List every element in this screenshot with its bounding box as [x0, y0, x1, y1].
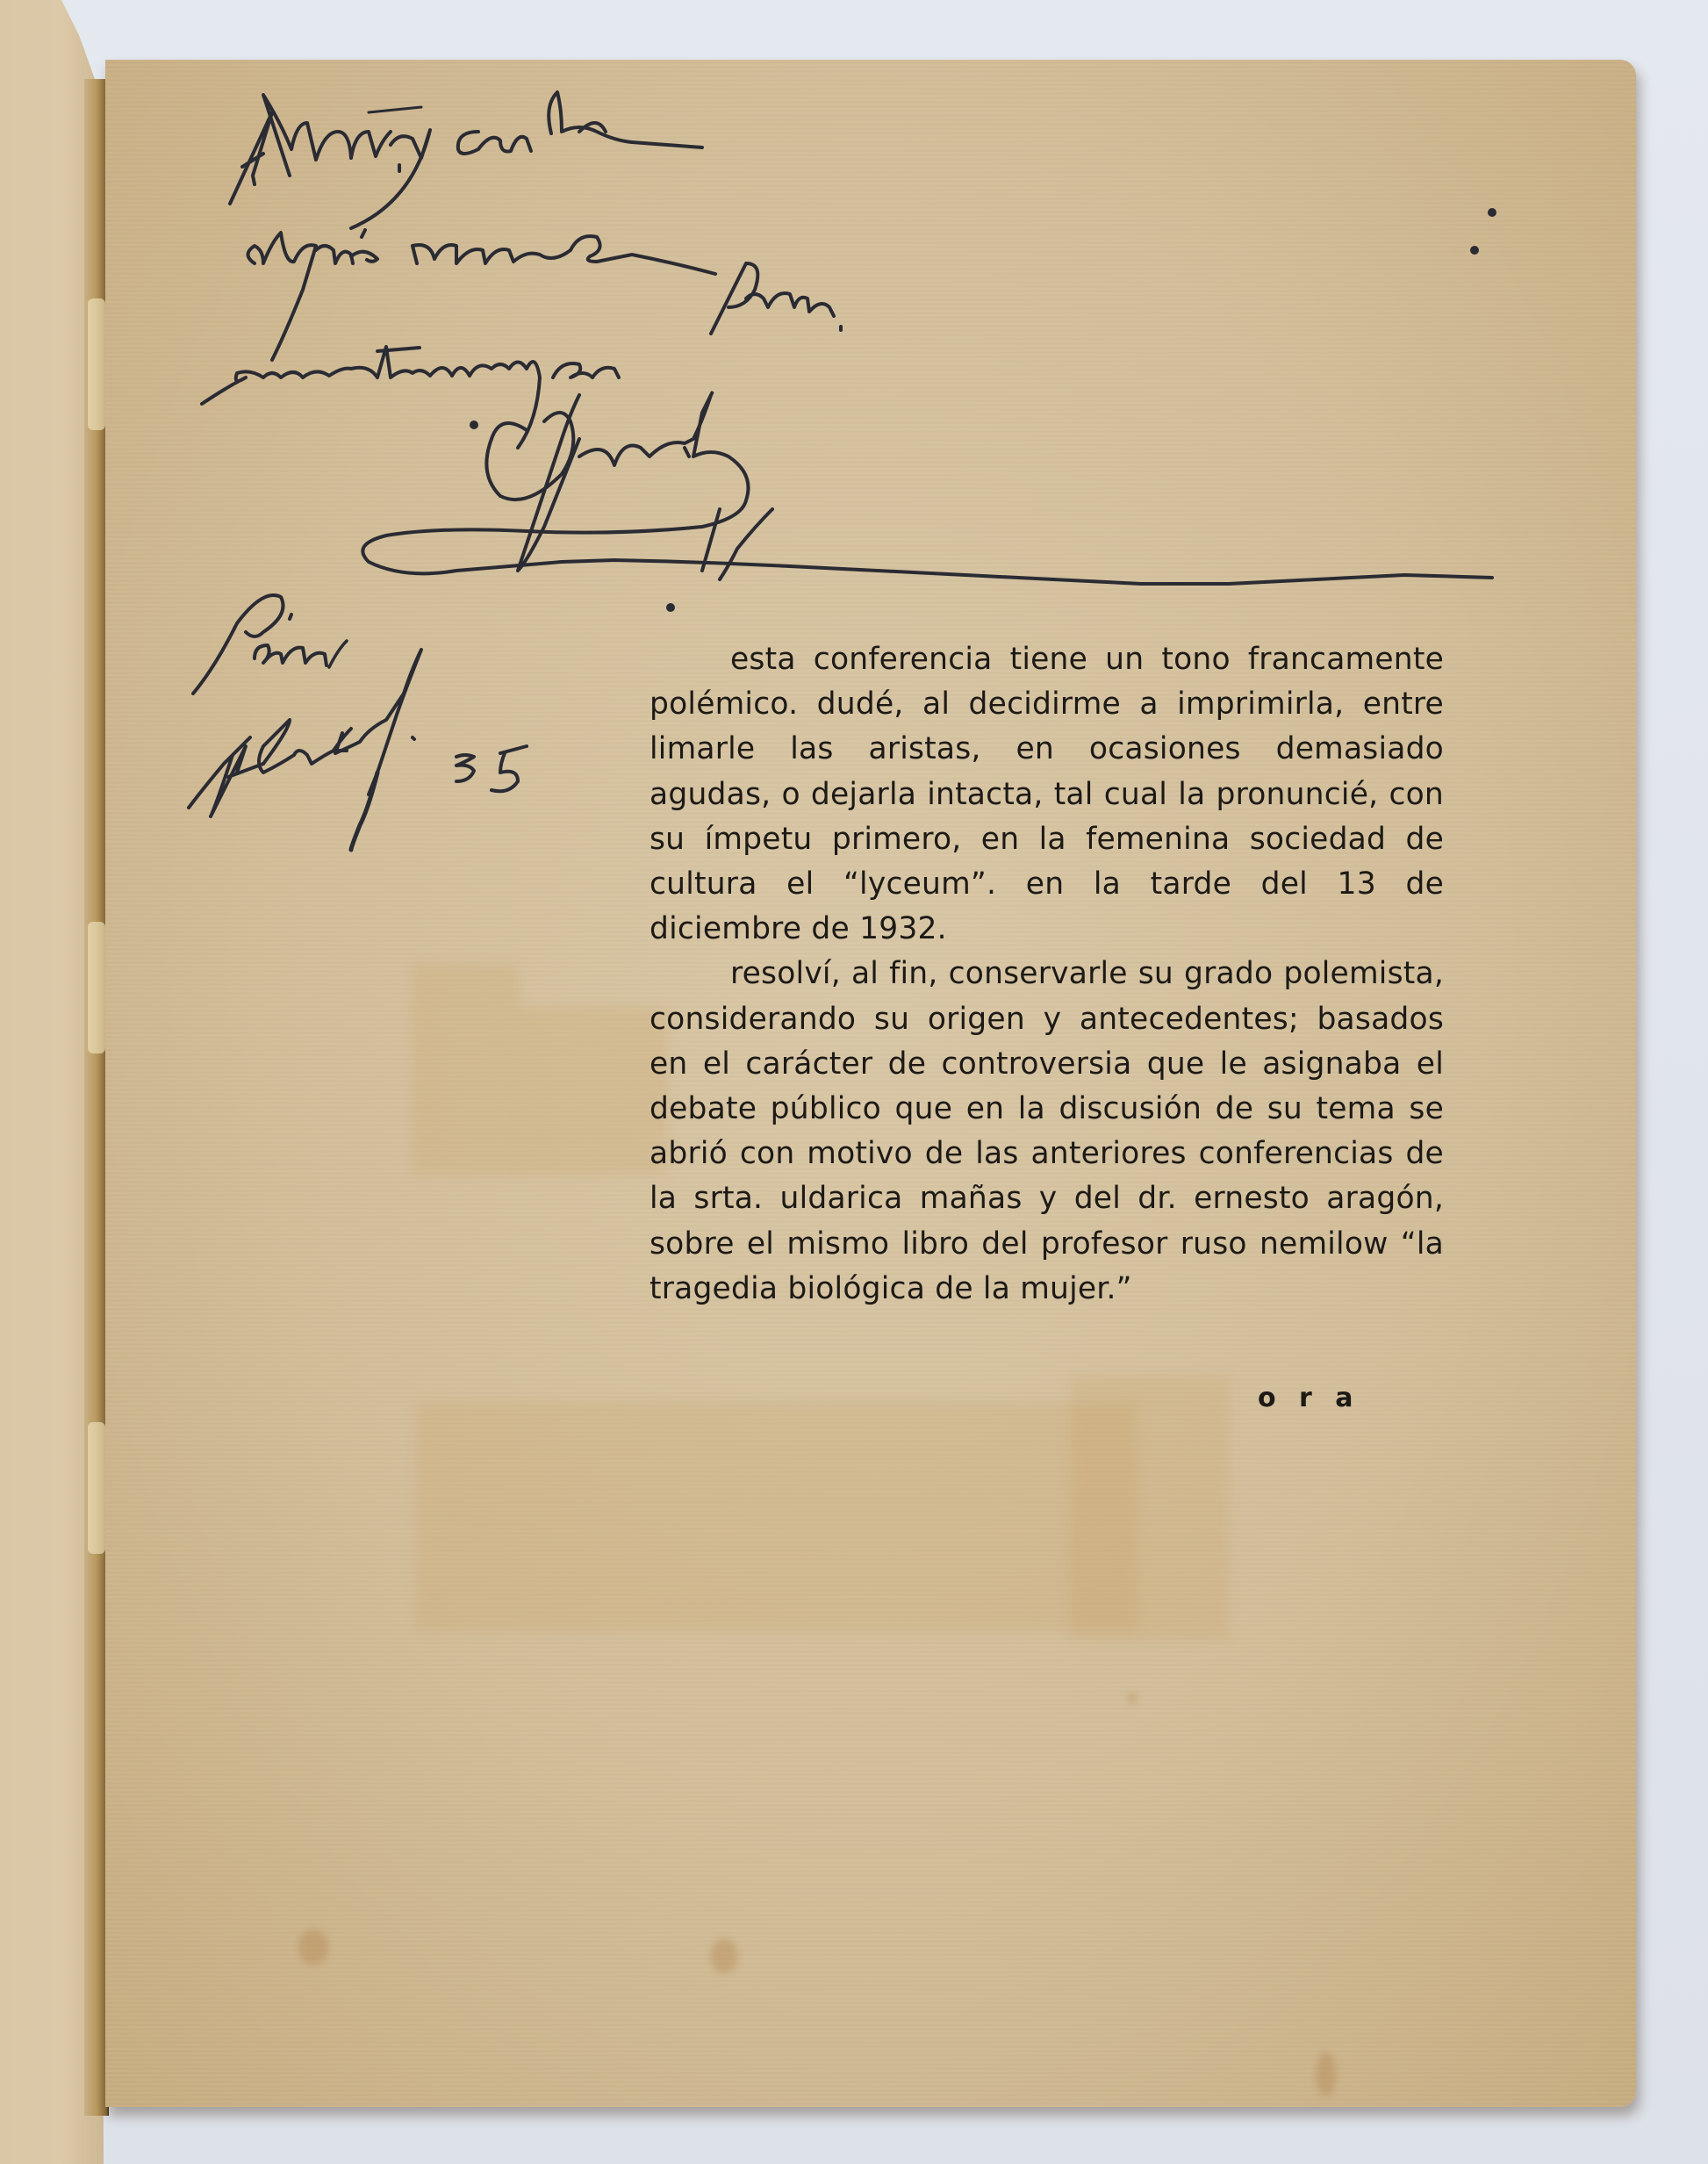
foxing-stain [1317, 2053, 1336, 2096]
inscription-line-3: encontrarnos en París [202, 334, 359, 350]
showthrough-mark [1071, 1377, 1229, 1640]
inscription-date: Agosto/935 [193, 737, 274, 754]
inscription-line-1: A Monty, con la [228, 97, 338, 113]
spine-binding-stitch [88, 298, 105, 430]
spine-binding-stitch [88, 922, 105, 1053]
foxing-stain [711, 1938, 737, 1973]
foxing-stain [1128, 1693, 1137, 1703]
author-initials: o r a [1258, 1383, 1360, 1413]
printed-preface: esta conferencia tiene un tono franca­me… [649, 637, 1444, 1312]
inscription-line-2: alegría enorme de [250, 211, 380, 227]
showthrough-mark [417, 1403, 1137, 1631]
preface-paragraph-2: resolví, al fin, conservarle su grado po… [649, 952, 1444, 1312]
showthrough-mark [518, 1008, 667, 1175]
preface-paragraph-1: esta conferencia tiene un tono franca­me… [649, 637, 1444, 952]
inscription-place: París, [193, 615, 233, 631]
showthrough-mark [413, 964, 518, 1175]
foxing-stain [298, 1930, 328, 1965]
inscription-signature: Ofeliat [720, 439, 768, 456]
spine-binding-stitch [88, 1422, 105, 1554]
